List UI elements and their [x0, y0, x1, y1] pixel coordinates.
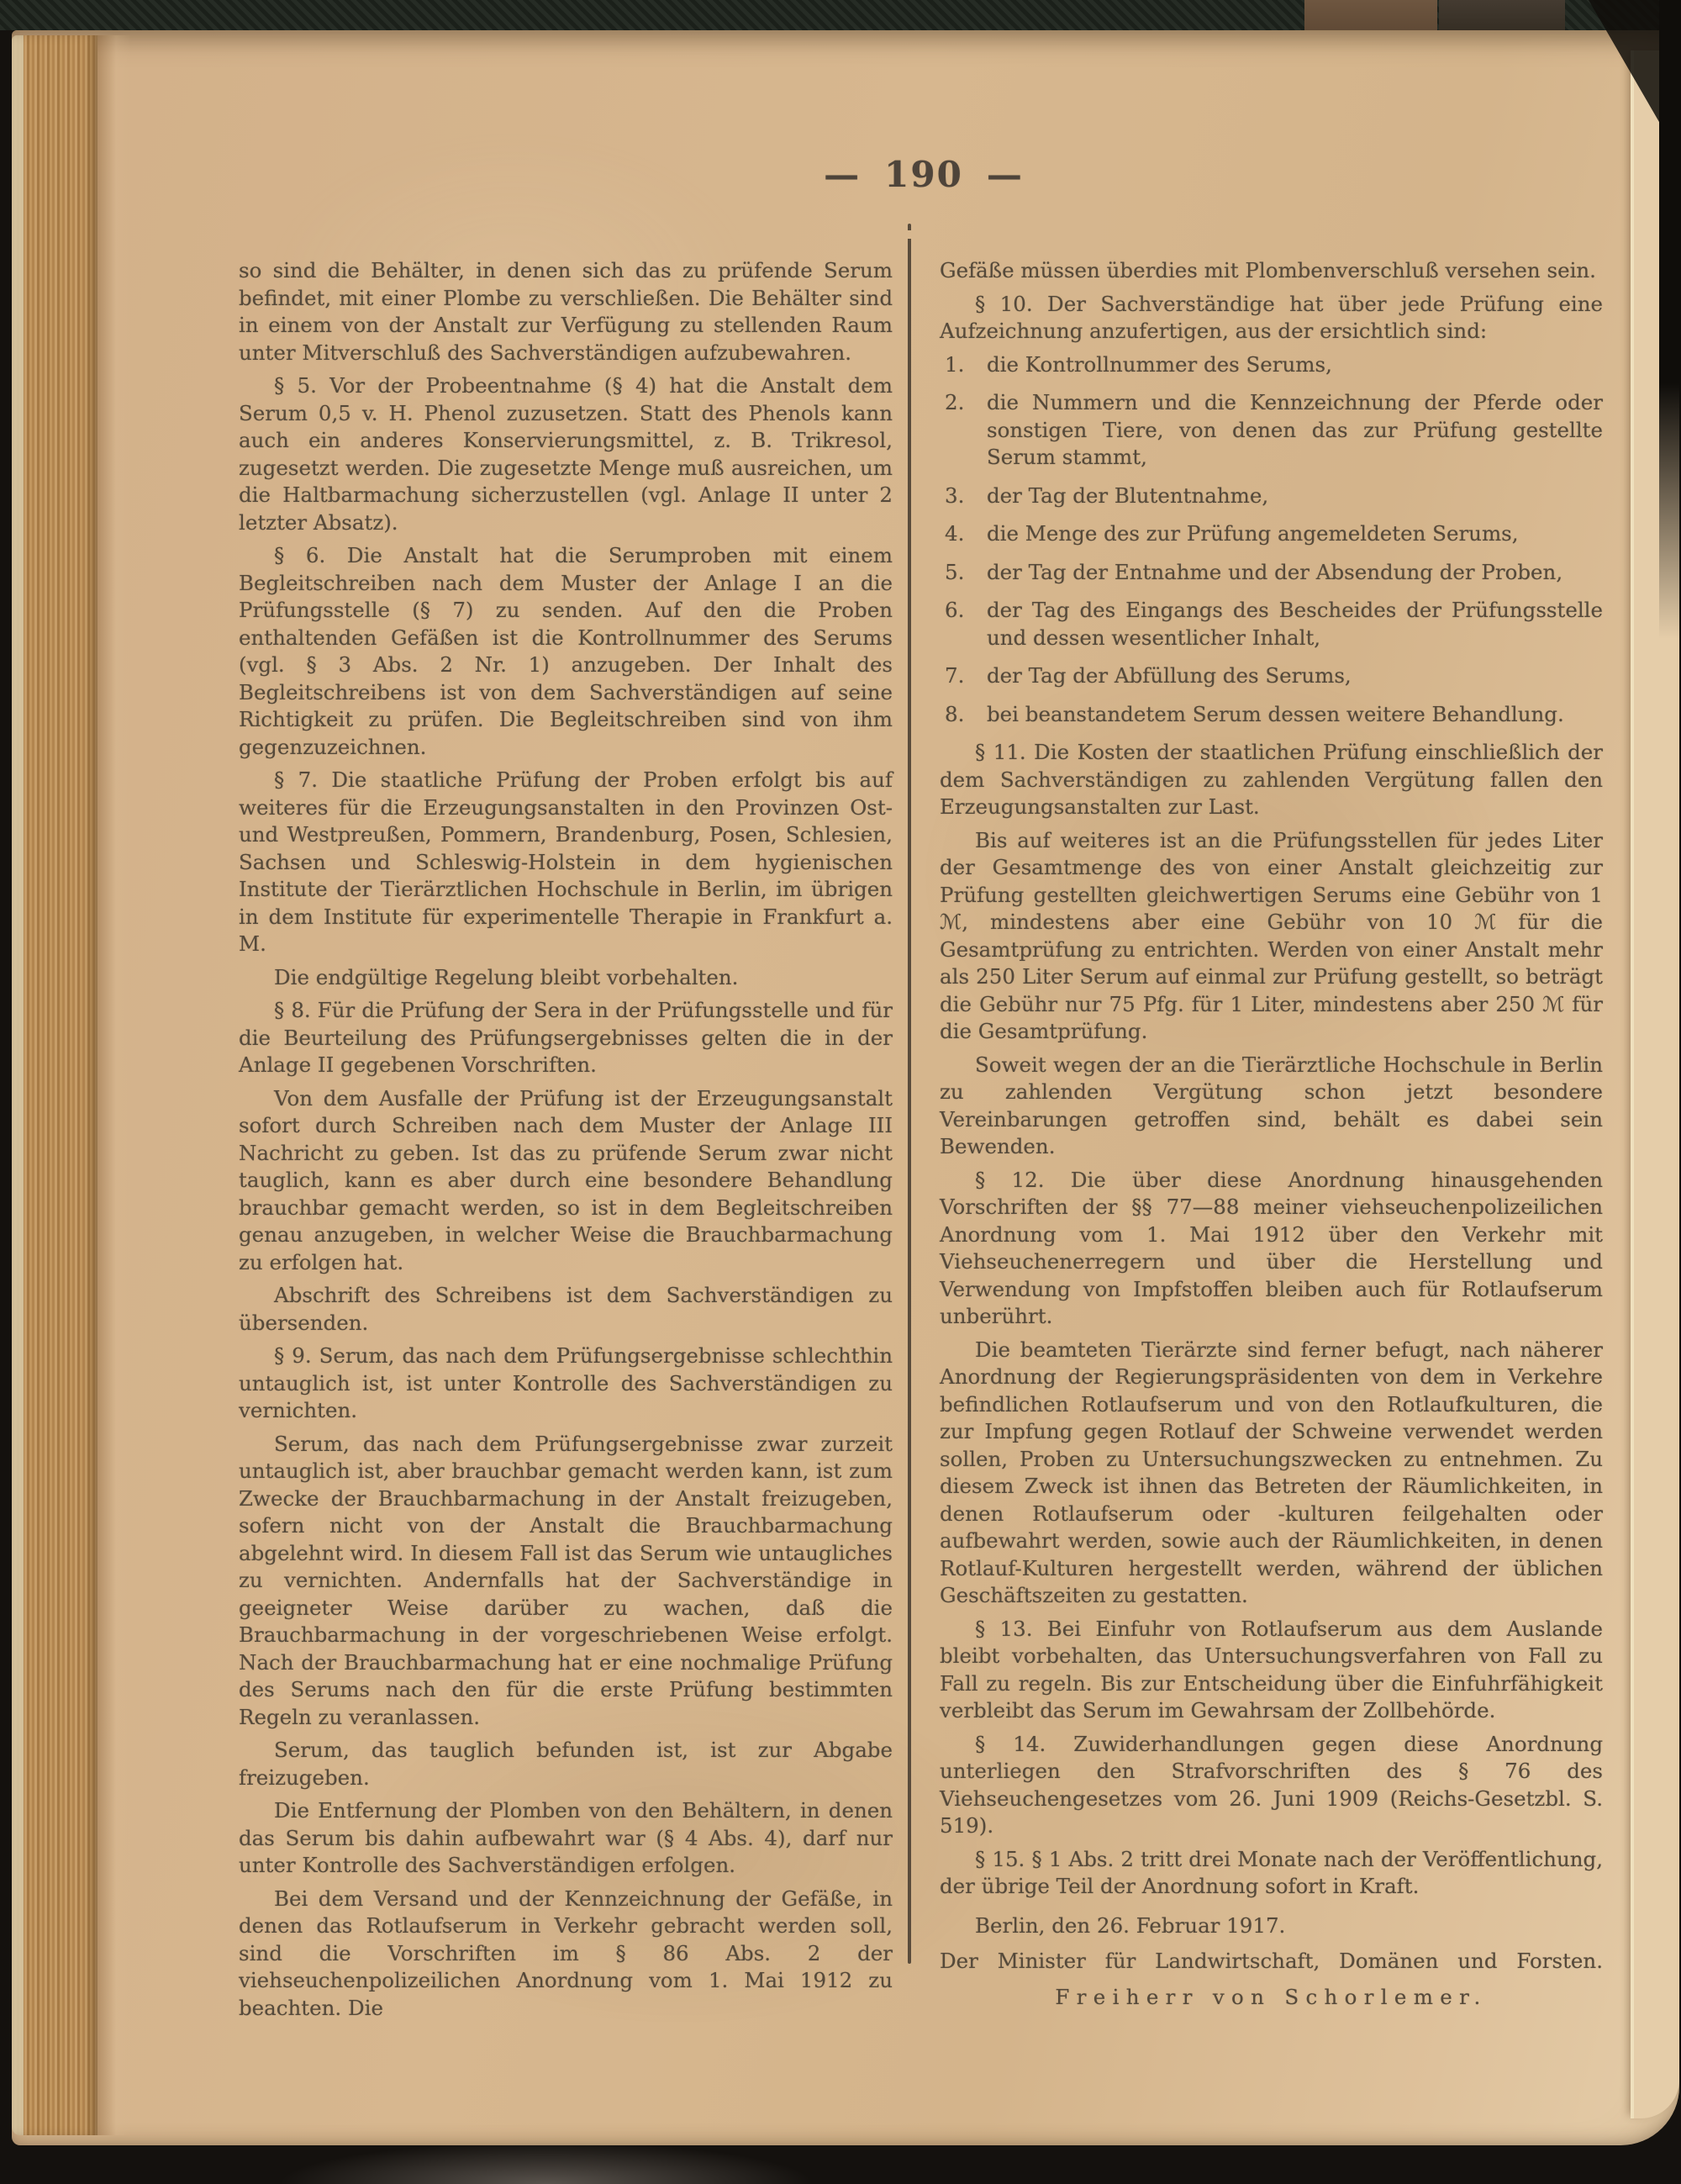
paragraph-s6: § 6. Die Anstalt hat die Serumproben mit…	[239, 542, 893, 761]
page-number-header: —190—	[239, 151, 1609, 198]
list-item-text: die Nummern und die Kennzeichnung der Pf…	[987, 390, 1603, 469]
list-item-number: 3.	[945, 483, 964, 510]
minister-title-line: Der Minister für Landwirtschaft, Domänen…	[940, 1948, 1603, 1976]
column-divider-rule	[908, 224, 911, 1964]
page-content: —190— so sind die Behälter, in denen sic…	[239, 121, 1609, 2028]
paragraph-continuation: Gefäße müssen überdies mit Plombenversch…	[940, 257, 1603, 285]
list-item-text: bei beanstandetem Serum dessen weitere B…	[987, 702, 1564, 726]
signature-line: Freiherr von Schorlemer.	[940, 1984, 1603, 2012]
page-edge-stack	[12, 35, 97, 2135]
paragraph-s9-seals: Die Entfernung der Plomben von den Behäl…	[239, 1797, 893, 1880]
two-column-text-block: so sind die Behälter, in denen sich das …	[239, 257, 1609, 2028]
list-item-number: 1.	[945, 351, 964, 379]
scanned-book-page: —190— so sind die Behälter, in denen sic…	[12, 30, 1679, 2145]
gutter-shadow	[97, 35, 131, 2135]
paragraph-s12-vets: Die beamteten Tierärzte sind ferner befu…	[940, 1337, 1603, 1610]
list-item: 8.bei beanstandetem Serum dessen weitere…	[940, 701, 1603, 729]
paragraph-s9-release: Serum, das tauglich befunden ist, ist zu…	[239, 1737, 893, 1791]
list-item-number: 4.	[945, 520, 964, 548]
list-item: 1.die Kontrollnummer des Serums,	[940, 351, 1603, 379]
paragraph-s9: § 9. Serum, das nach dem Prüfungsergebni…	[239, 1343, 893, 1425]
paragraph-s9-retry: Serum, das nach dem Prüfungsergebnisse z…	[239, 1431, 893, 1732]
header-dash-right: —	[963, 154, 1047, 195]
paragraph-s5: § 5. Vor der Probeentnahme (§ 4) hat die…	[239, 372, 893, 536]
list-item-text: die Menge des zur Prüfung angemeldeten S…	[987, 521, 1519, 546]
list-item-text: der Tag der Entnahme und der Absendung d…	[987, 560, 1562, 584]
list-item: 5.der Tag der Entnahme und der Absendung…	[940, 559, 1603, 587]
list-item-text: der Tag der Blutentnahme,	[987, 483, 1268, 508]
list-item-number: 5.	[945, 559, 964, 587]
record-items-list: 1.die Kontrollnummer des Serums, 2.die N…	[940, 351, 1603, 729]
page-number: 190	[884, 154, 963, 195]
paragraph-s13: § 13. Bei Einfuhr von Rotlaufserum aus d…	[940, 1616, 1603, 1725]
paragraph-s8: § 8. Für die Prüfung der Sera in der Prü…	[239, 997, 893, 1079]
list-item-text: die Kontrollnummer des Serums,	[987, 352, 1332, 377]
list-item: 3.der Tag der Blutentnahme,	[940, 483, 1603, 510]
paragraph-s7-final: Die endgültige Regelung bleibt vorbehalt…	[239, 964, 893, 992]
header-dash-left: —	[800, 154, 884, 195]
paragraph-s14: § 14. Zuwiderhandlungen gegen diese Anor…	[940, 1731, 1603, 1840]
list-item: 4.die Menge des zur Prüfung angemeldeten…	[940, 520, 1603, 548]
list-item-number: 8.	[945, 701, 964, 729]
paragraph-s9-shipping: Bei dem Versand und der Kennzeichnung de…	[239, 1886, 893, 2023]
paragraph-s15: § 15. § 1 Abs. 2 tritt drei Monate nach …	[940, 1846, 1603, 1901]
list-item-number: 7.	[945, 662, 964, 690]
paragraph-s10-intro: § 10. Der Sachverständige hat über jede …	[940, 291, 1603, 346]
paragraph-s11: § 11. Die Kosten der staatlichen Prüfung…	[940, 739, 1603, 821]
paragraph-s11-agreement: Soweit wegen der an die Tierärztliche Ho…	[940, 1052, 1603, 1161]
dateline: Berlin, den 26. Februar 1917.	[940, 1912, 1603, 1940]
list-item: 2.die Nummern und die Kennzeichnung der …	[940, 389, 1603, 472]
paragraph-s7: § 7. Die staatliche Prüfung der Proben e…	[239, 767, 893, 958]
paragraph-s11-fees: Bis auf weiteres ist an die Prüfungsstel…	[940, 827, 1603, 1046]
photo-edge-shadow	[1659, 0, 1681, 639]
list-item-number: 2.	[945, 389, 964, 417]
paragraph-s8-copy: Abschrift des Schreibens ist dem Sachver…	[239, 1282, 893, 1337]
list-item: 6.der Tag des Eingangs des Bescheides de…	[940, 597, 1603, 652]
list-item-text: der Tag der Abfüllung des Serums,	[987, 663, 1352, 688]
paragraph-s12: § 12. Die über diese Anordnung hinausgeh…	[940, 1167, 1603, 1331]
list-item-text: der Tag des Eingangs des Bescheides der …	[987, 598, 1603, 650]
bottom-shadow-smudge	[277, 2142, 815, 2184]
list-item: 7.der Tag der Abfüllung des Serums,	[940, 662, 1603, 690]
paragraph-continuation: so sind die Behälter, in denen sich das …	[239, 257, 893, 367]
right-column: Gefäße müssen überdies mit Plombenversch…	[940, 257, 1603, 2028]
list-item-number: 6.	[945, 597, 964, 625]
left-column: so sind die Behälter, in denen sich das …	[239, 257, 893, 2028]
paragraph-s8-result: Von dem Ausfalle der Prüfung ist der Erz…	[239, 1085, 893, 1277]
